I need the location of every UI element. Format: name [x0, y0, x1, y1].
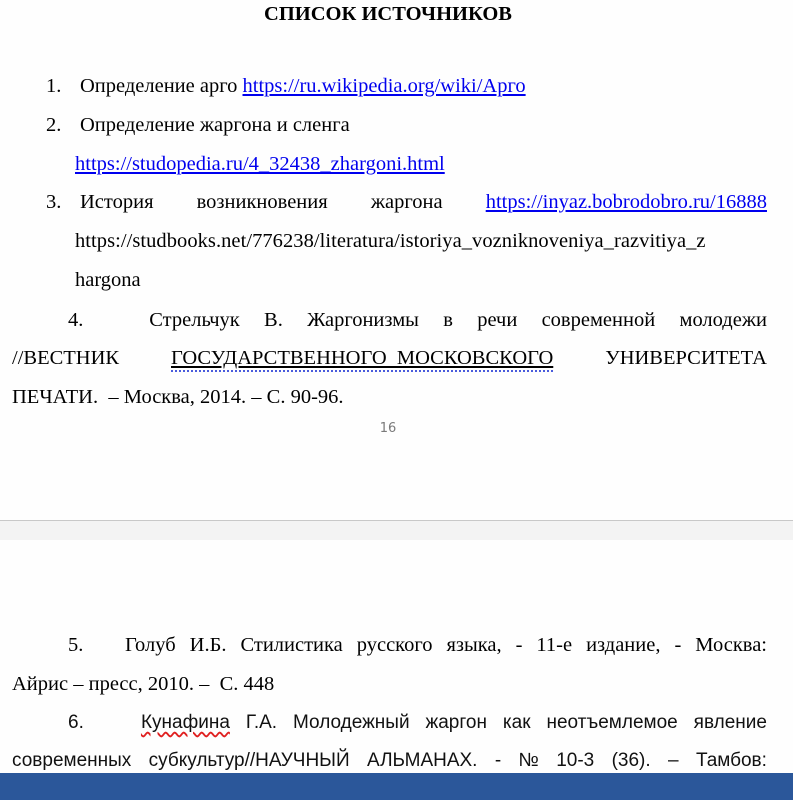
- item-word: История: [80, 191, 154, 213]
- item-word: речи: [477, 308, 517, 332]
- item-word: субкультур//НАУЧНЫЙ: [149, 749, 350, 773]
- item-text: //ВЕСТНИК: [12, 346, 119, 372]
- list-number: 4.: [68, 308, 125, 332]
- list-item: 6. Кунафина Г.А. Молодежный жаргон как н…: [68, 711, 767, 735]
- hyperlink[interactable]: https://studopedia.ru/4_32438_zhargoni.h…: [75, 153, 445, 175]
- hyperlink[interactable]: https://inyaz.bobrodobro.ru/16888: [486, 190, 767, 214]
- list-item: 2.Определение жаргона и сленга: [46, 113, 350, 137]
- item-word: №: [518, 749, 538, 773]
- hyperlink[interactable]: https://ru.wikipedia.org/wiki/Арго: [243, 75, 526, 97]
- item-word: жаргона: [371, 190, 443, 214]
- page-separator: [0, 520, 793, 541]
- page-number: 16: [0, 421, 776, 436]
- list-item-continued: //ВЕСТНИК ГОСУДАРСТВЕННОГО МОСКОВСКОГО У…: [12, 346, 767, 372]
- item-text: Определение жаргона и сленга: [80, 114, 350, 136]
- item-word: возникновения: [197, 190, 328, 214]
- item-text: Определение арго: [80, 75, 237, 97]
- item-word: Жаргонизмы: [307, 308, 419, 332]
- list-number: 3.: [46, 190, 80, 214]
- plain-url-continued: hargona: [75, 268, 141, 292]
- item-text: Голуб И.Б. Стилистика русского языка, - …: [125, 633, 767, 657]
- list-item: 1.Определение арго https://ru.wikipedia.…: [46, 74, 526, 98]
- item-word: Стрельчук: [149, 308, 240, 332]
- item-word: (36).: [612, 749, 651, 773]
- grammar-flagged-text[interactable]: ГОСУДАРСТВЕННОГО МОСКОВСКОГО: [171, 346, 553, 372]
- spelling-flagged-word[interactable]: Кунафина: [141, 711, 230, 735]
- item-word: Молодежный: [293, 711, 410, 735]
- item-word: АЛЬМАНАХ.: [367, 749, 477, 773]
- list-number: 1.: [46, 74, 80, 98]
- list-item: 4. Стрельчук В. Жаргонизмы в речи соврем…: [68, 308, 767, 332]
- list-item: 5. Голуб И.Б. Стилистика русского языка,…: [68, 633, 767, 657]
- item-word: в: [443, 308, 453, 332]
- list-item-continued: ПЕЧАТИ. – Москва, 2014. – С. 90-96.: [12, 385, 344, 409]
- list-item: 3.История возникновения жаргона https://…: [46, 190, 767, 214]
- item-word: –: [668, 749, 679, 773]
- list-item-continued: Айрис – пресс, 2010. – С. 448: [12, 672, 274, 696]
- document-page-17[interactable]: 5. Голуб И.Б. Стилистика русского языка,…: [0, 540, 793, 773]
- item-word: Тамбов:: [696, 749, 767, 773]
- item-word: -: [495, 749, 501, 773]
- item-word: молодежи: [679, 308, 767, 332]
- item-word: явление: [694, 711, 767, 735]
- item-word: жаргон: [426, 711, 487, 735]
- list-number: 5.: [68, 633, 125, 657]
- document-page-16[interactable]: СПИСОК ИСТОЧНИКОВ 1.Определение арго htt…: [0, 0, 793, 521]
- item-word: современной: [542, 308, 656, 332]
- item-word: В.: [264, 308, 283, 332]
- page-title: СПИСОК ИСТОЧНИКОВ: [0, 2, 776, 26]
- item-word: как: [503, 711, 531, 735]
- plain-url: https://studbooks.net/776238/literatura/…: [75, 229, 706, 253]
- item-word: 10-3: [556, 749, 594, 773]
- item-text: УНИВЕРСИТЕТА: [605, 346, 767, 372]
- item-word: современных: [12, 749, 131, 773]
- item-word: неотъемлемое: [546, 711, 677, 735]
- status-bar: [0, 773, 793, 800]
- list-item-continued: современных субкультур//НАУЧНЫЙ АЛЬМАНАХ…: [12, 749, 767, 773]
- list-number: 2.: [46, 113, 80, 137]
- list-number: 6.: [68, 711, 125, 735]
- item-word: Г.А.: [246, 711, 277, 735]
